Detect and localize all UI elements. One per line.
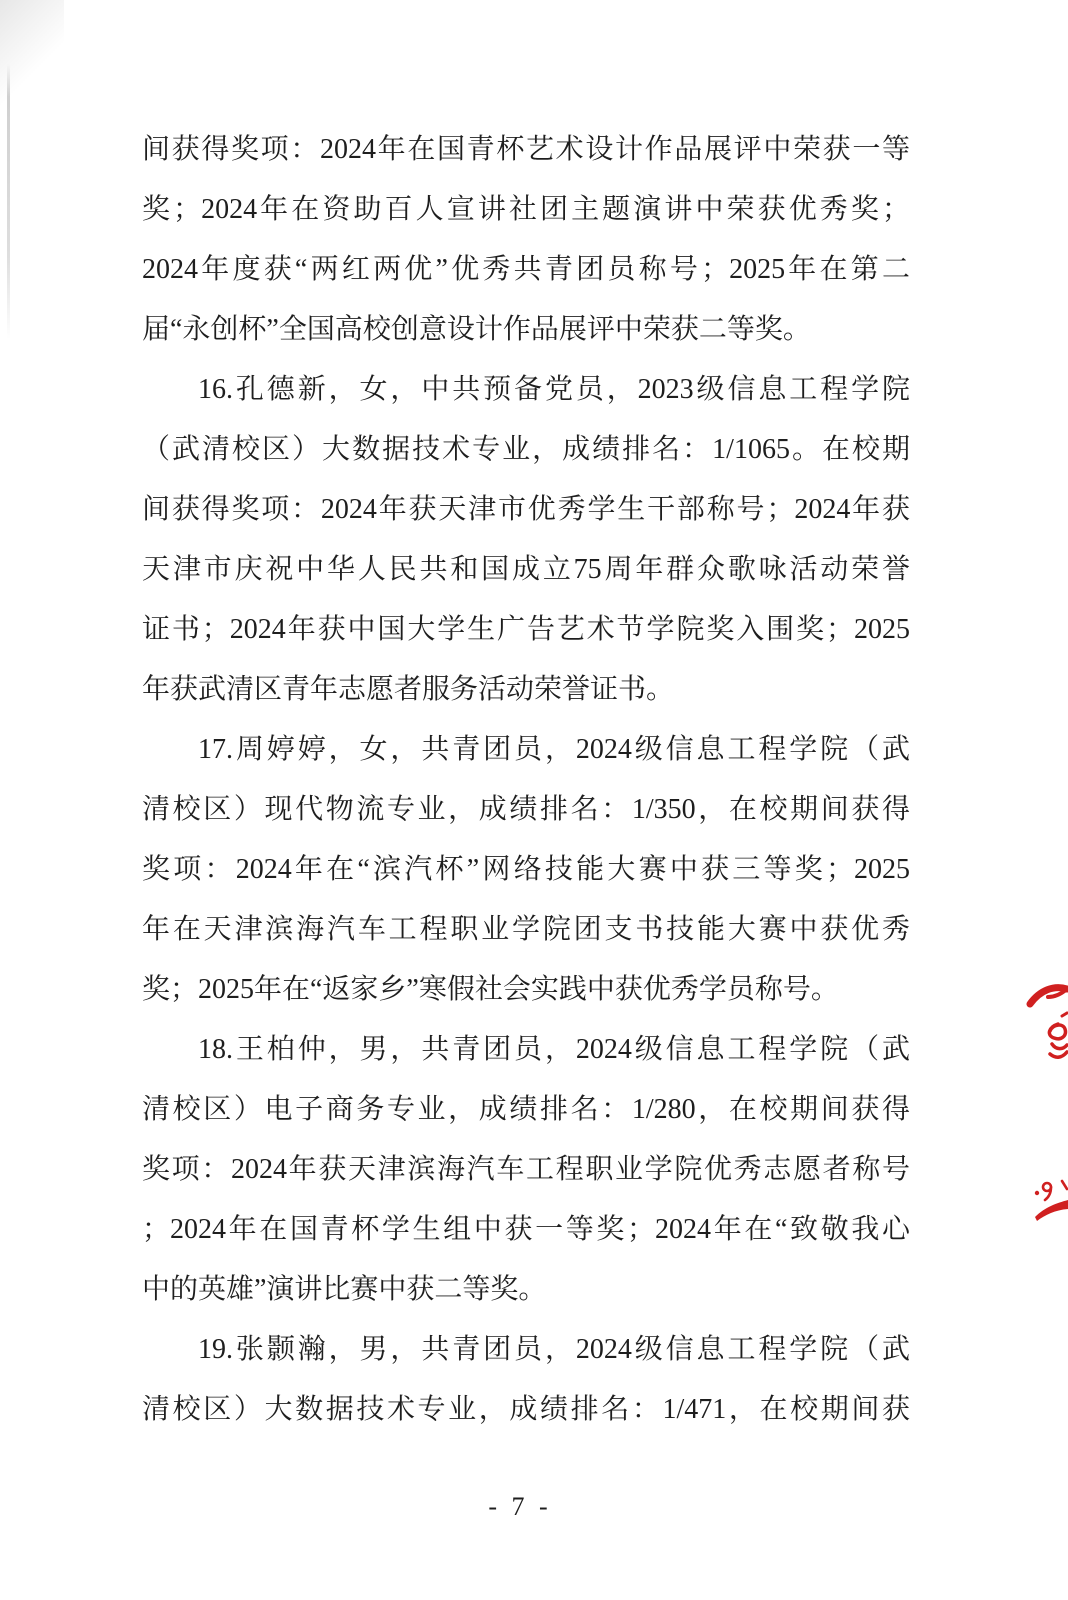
text-line: 间获得奖项：2024年在国青杯艺术设计作品展评中荣获一等 <box>142 120 910 180</box>
text-line: （武清校区）大数据技术专业，成绩排名：1/1065。在校期 <box>142 420 910 480</box>
text-line: 清校区）大数据技术专业，成绩排名：1/471，在校期间获 <box>142 1380 910 1440</box>
text-line: 奖项：2024年在“滨汽杯”网络技能大赛中获三等奖；2025 <box>142 840 910 900</box>
red-ink-annotation-fragment-bottom <box>1033 1176 1068 1226</box>
text-line: 年获武清区青年志愿者服务活动荣誉证书。 <box>142 660 910 720</box>
text-line: 17.周婷婷，女，共青团员，2024级信息工程学院（武 <box>142 720 910 780</box>
text-line: ；2024年在国青杯学生组中获一等奖；2024年在“致敬我心 <box>142 1200 910 1260</box>
text-line: 中的英雄”演讲比赛中获二等奖。 <box>142 1260 910 1320</box>
page-number: - 7 - <box>0 1492 1040 1522</box>
text-line: 清校区）现代物流专业，成绩排名：1/350，在校期间获得 <box>142 780 910 840</box>
text-line: 年在天津滨海汽车工程职业学院团支书技能大赛中获优秀 <box>142 900 910 960</box>
text-line: 奖；2025年在“返家乡”寒假社会实践中获优秀学员称号。 <box>142 960 910 1020</box>
document-body: 间获得奖项：2024年在国青杯艺术设计作品展评中荣获一等奖；2024年在资助百人… <box>142 120 910 1440</box>
red-ink-annotation-fragment-top <box>1026 982 1068 1066</box>
text-line: 19.张颢瀚，男，共青团员，2024级信息工程学院（武 <box>142 1320 910 1380</box>
text-line: 天津市庆祝中华人民共和国成立75周年群众歌咏活动荣誉 <box>142 540 910 600</box>
text-line: 奖项：2024年获天津滨海汽车工程职业学院优秀志愿者称号 <box>142 1140 910 1200</box>
scan-corner-shadow-artifact <box>0 0 64 130</box>
text-line: 2024年度获“两红两优”优秀共青团员称号；2025年在第二 <box>142 240 910 300</box>
document-page: 间获得奖项：2024年在国青杯艺术设计作品展评中荣获一等奖；2024年在资助百人… <box>0 0 1068 1600</box>
text-line: 届“永创杯”全国高校创意设计作品展评中荣获二等奖。 <box>142 300 910 360</box>
text-line: 18.王柏仲，男，共青团员，2024级信息工程学院（武 <box>142 1020 910 1080</box>
scan-left-edge-artifact <box>7 64 10 339</box>
text-line: 证书；2024年获中国大学生广告艺术节学院奖入围奖；2025 <box>142 600 910 660</box>
text-line: 16.孔德新，女，中共预备党员，2023级信息工程学院 <box>142 360 910 420</box>
text-line: 清校区）电子商务专业，成绩排名：1/280，在校期间获得 <box>142 1080 910 1140</box>
text-line: 奖；2024年在资助百人宣讲社团主题演讲中荣获优秀奖； <box>142 180 910 240</box>
text-line: 间获得奖项：2024年获天津市优秀学生干部称号；2024年获 <box>142 480 910 540</box>
